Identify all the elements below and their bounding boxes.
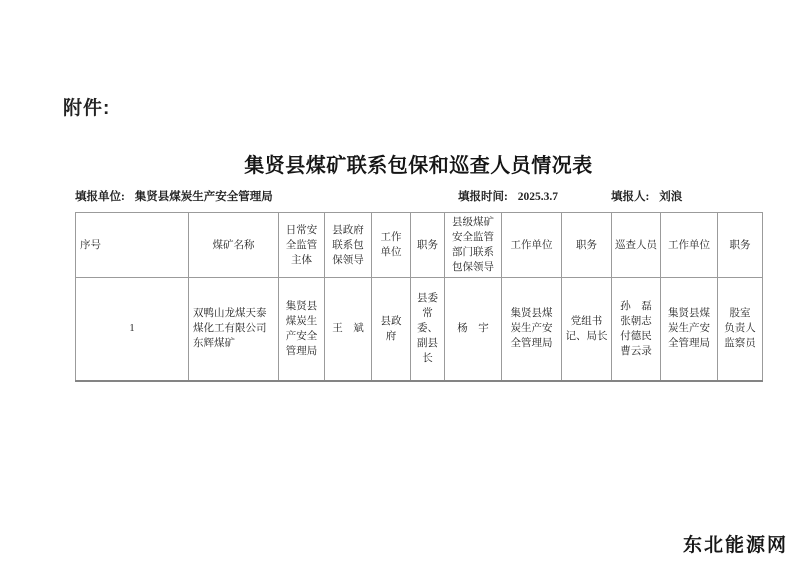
cell-mine-name: 双鸭山龙煤天泰 煤化工有限公司 东辉煤矿: [189, 278, 279, 381]
report-time-value: 2025.3.7: [518, 191, 558, 203]
watermark-logo: 东北能源网: [683, 530, 788, 557]
reporter-label: 填报人:: [611, 191, 649, 203]
table-row: 1 双鸭山龙煤天泰 煤化工有限公司 东辉煤矿 集贤县 煤炭生 产安全 管理局 王…: [76, 278, 763, 381]
cell-dept-leader-unit: 集贤县煤 炭生产安 全管理局: [502, 278, 562, 381]
personnel-table: 序号 煤矿名称 日常安 全监管 主体 县政府 联系包 保领导 工作 单位 职务 …: [75, 212, 763, 382]
column-header-county-dept-leader: 县级煤矿 安全监管 部门联系 包保领导: [445, 213, 502, 278]
attachment-label: 附件:: [63, 93, 110, 120]
cell-supervision-body: 集贤县 煤炭生 产安全 管理局: [279, 278, 325, 381]
column-header-daily-supervision-body: 日常安 全监管 主体: [279, 213, 325, 278]
column-header-work-unit-2: 工作单位: [502, 213, 562, 278]
cell-inspectors: 孙 磊 张朝志 付德民 曹云录: [612, 278, 661, 381]
report-info-bar: 填报单位: 集贤县煤炭生产安全管理局 填报时间: 2025.3.7 填报人: 刘…: [75, 188, 762, 204]
column-header-work-unit-1: 工作 单位: [372, 213, 411, 278]
cell-dept-leader-name: 杨 宇: [445, 278, 502, 381]
reporter-value: 刘浪: [659, 191, 682, 203]
cell-gov-leader-position: 县委 常委、 副县 长: [411, 278, 445, 381]
document-page: 附件: 集贤县煤矿联系包保和巡查人员情况表 填报单位: 集贤县煤炭生产安全管理局…: [0, 0, 800, 565]
column-header-position-3: 职务: [718, 213, 763, 278]
column-header-position-1: 职务: [411, 213, 445, 278]
cell-inspectors-unit: 集贤县煤 炭生产安 全管理局: [661, 278, 718, 381]
column-header-serial: 序号: [76, 213, 189, 278]
column-header-work-unit-3: 工作单位: [661, 213, 718, 278]
cell-gov-leader-name: 王 斌: [325, 278, 372, 381]
report-unit-value: 集贤县煤炭生产安全管理局: [135, 191, 273, 203]
column-header-position-2: 职务: [562, 213, 612, 278]
cell-gov-leader-unit: 县政 府: [372, 278, 411, 381]
report-time-label: 填报时间:: [458, 191, 508, 203]
cell-inspectors-position: 股室 负责人 监察员: [718, 278, 763, 381]
report-unit-group: 填报单位: 集贤县煤炭生产安全管理局: [75, 188, 273, 204]
reporter-group: 填报人: 刘浪: [611, 188, 682, 204]
cell-serial: 1: [76, 278, 189, 381]
report-unit-label: 填报单位:: [75, 191, 125, 203]
column-header-mine-name: 煤矿名称: [189, 213, 279, 278]
column-header-county-gov-leader: 县政府 联系包 保领导: [325, 213, 372, 278]
report-time-group: 填报时间: 2025.3.7: [458, 188, 558, 204]
cell-dept-leader-position: 党组书 记、局长: [562, 278, 612, 381]
column-header-inspectors: 巡查人员: [612, 213, 661, 278]
page-title: 集贤县煤矿联系包保和巡查人员情况表: [75, 149, 762, 178]
table-header-row: 序号 煤矿名称 日常安 全监管 主体 县政府 联系包 保领导 工作 单位 职务 …: [76, 213, 763, 278]
